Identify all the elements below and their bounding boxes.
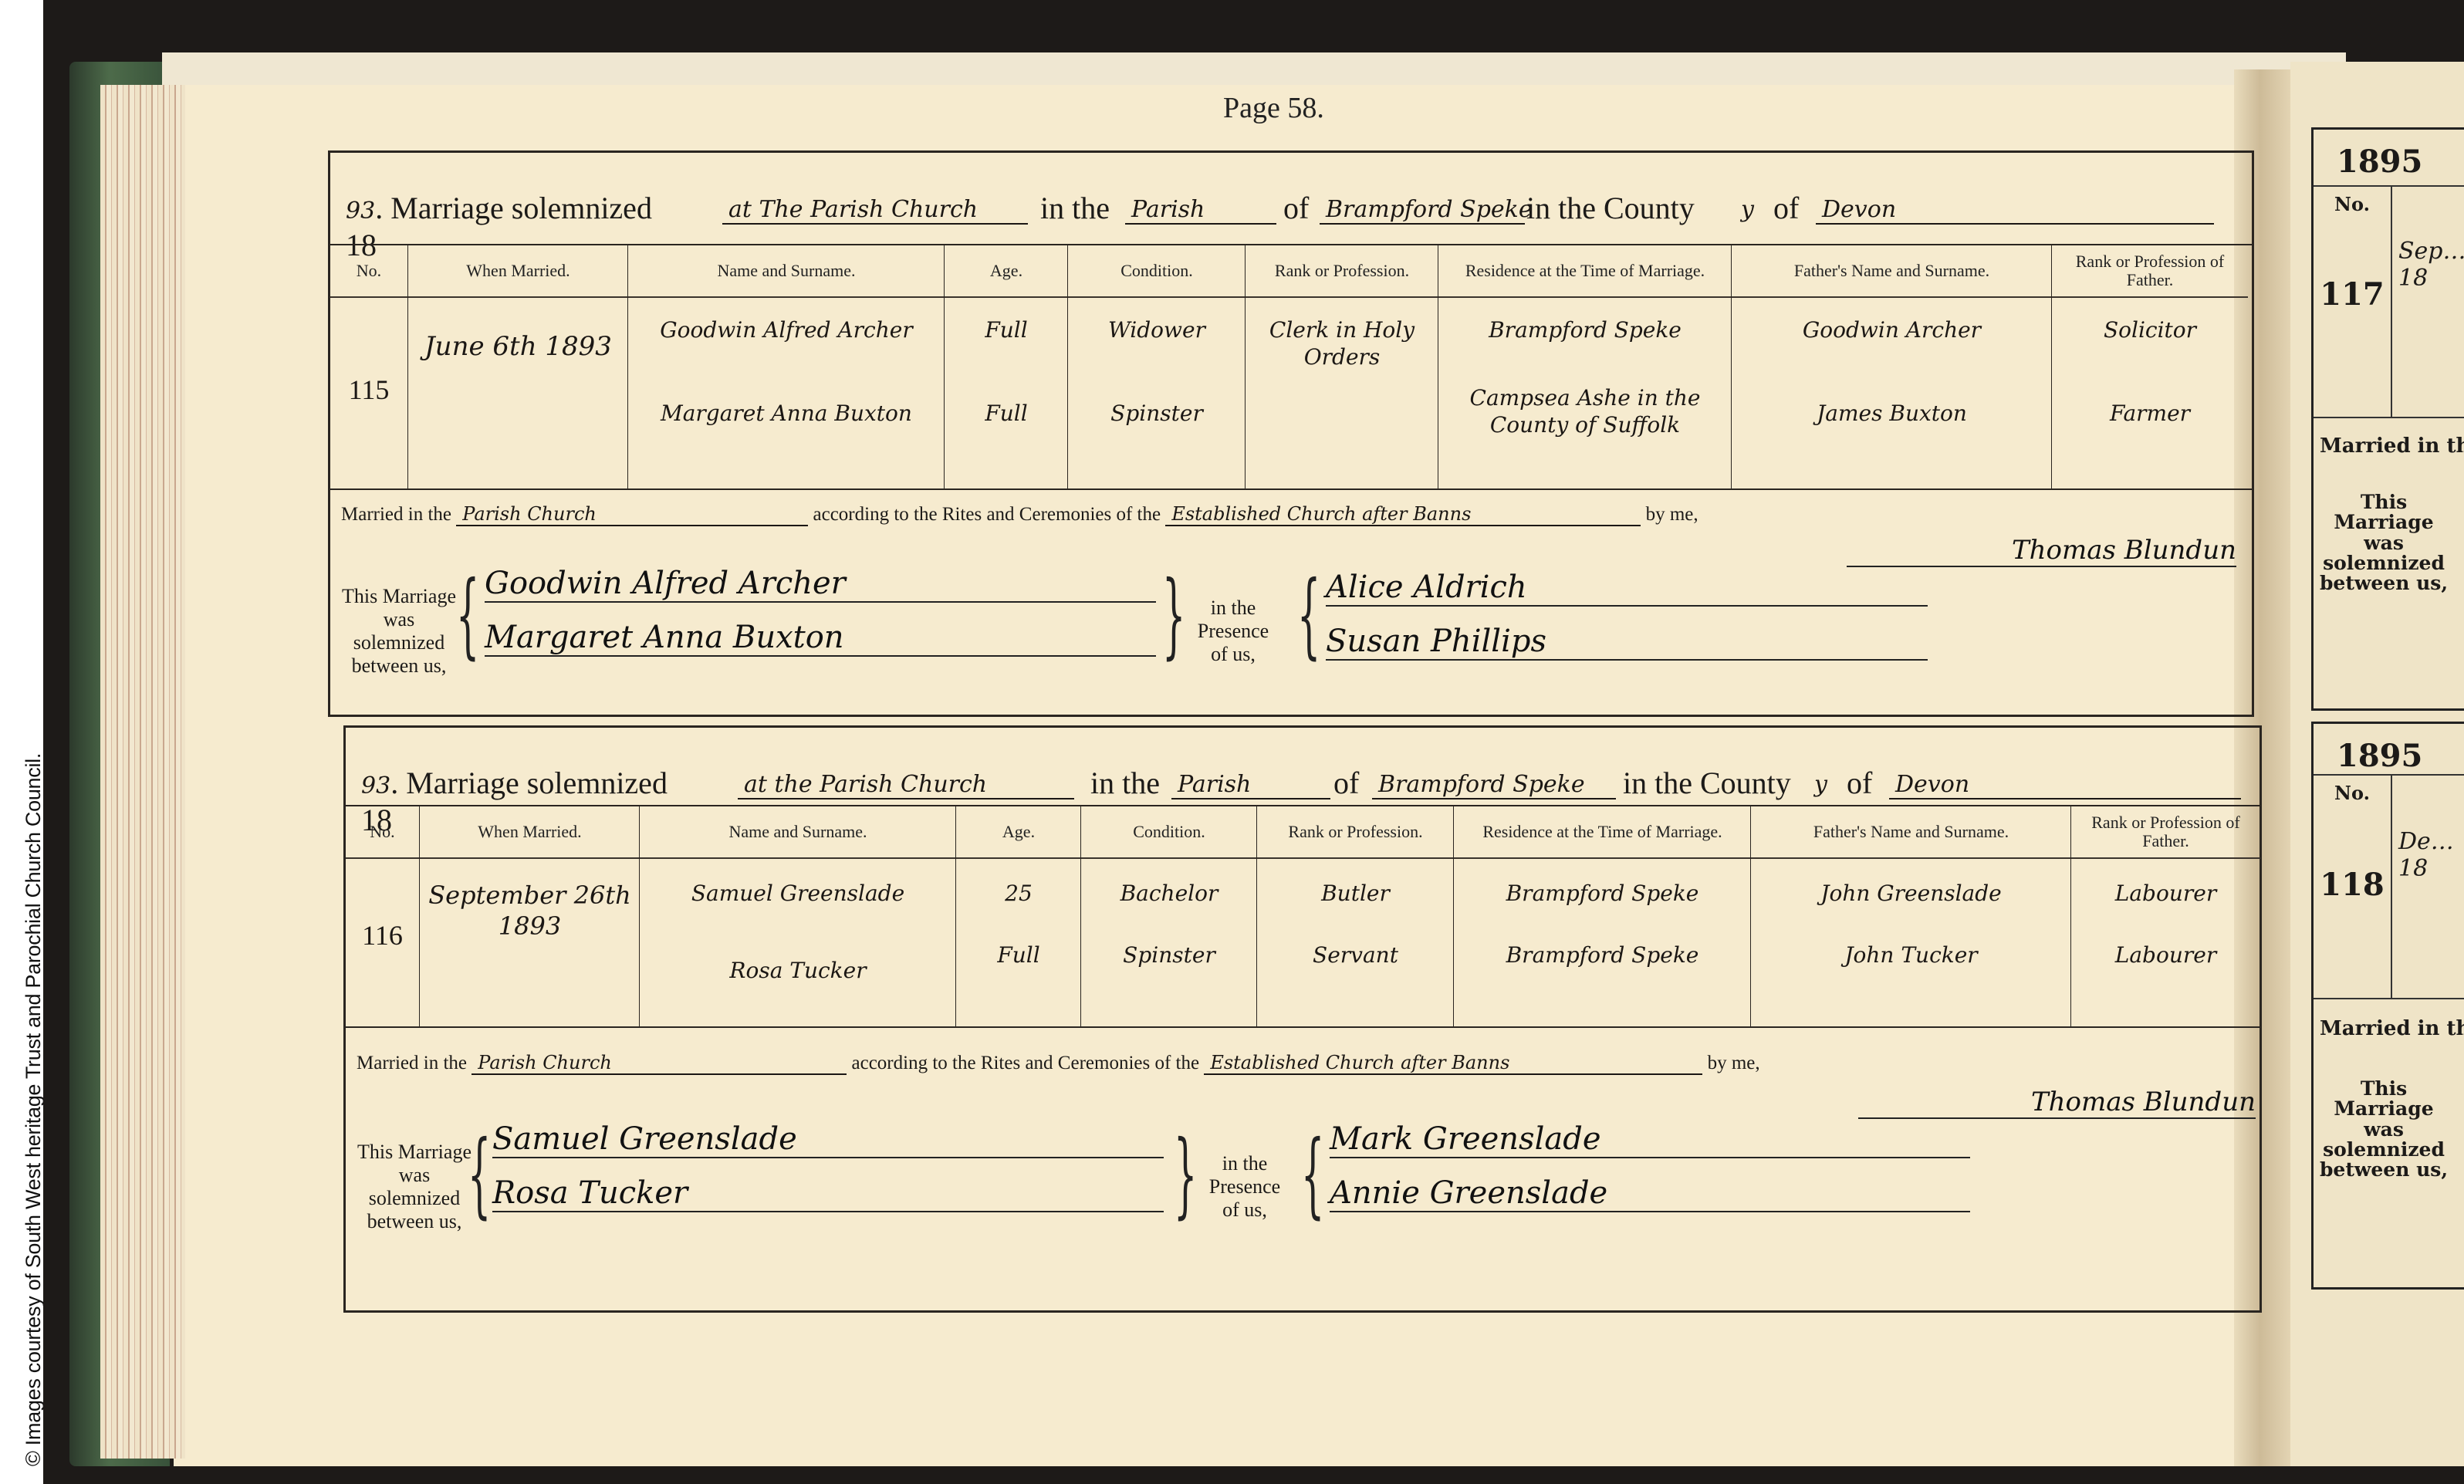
groom-father-profession: Labourer [2076, 880, 2256, 907]
col-no: No.116 [346, 806, 419, 1026]
bride-father: John Tucker [1756, 941, 2067, 968]
bride-signature: Rosa Tucker [492, 1175, 1164, 1212]
label-in-the: in the [1090, 765, 1160, 801]
col-name: Name and Surname. Samuel Greenslade Rosa… [639, 806, 956, 1026]
groom-condition: Bachelor [1086, 880, 1252, 907]
groom-father: John Greenslade [1756, 880, 2067, 907]
right-entry-number: 117 [2314, 276, 2391, 313]
col-father-profession: Rank or Profession of Father. Solicitor … [2051, 245, 2248, 488]
col-father-profession: Rank or Profession of Father. Labourer L… [2070, 806, 2260, 1026]
county: Devon [1816, 196, 2214, 225]
label-in-the: in the [1040, 190, 1110, 226]
solemnized-at: at the Parish Church [738, 771, 1074, 799]
right-entry-117: 1895 No. 117 Sep… 18 Married in the This… [2311, 127, 2464, 711]
label-married-in: Married in the [341, 504, 451, 525]
witness-1-signature: Alice Aldrich [1326, 570, 1928, 607]
col-profession: Rank or Profession. Butler Servant [1256, 806, 1454, 1026]
bride-age: Full [949, 400, 1063, 427]
bride-father-profession: Labourer [2076, 941, 2256, 968]
label-between-us: This Marriage was solemnized between us, [341, 585, 457, 678]
married-in: Parish Church [456, 503, 808, 526]
county-suffix: y [1808, 771, 1834, 798]
parish-place: Brampford Speke [1320, 196, 1525, 225]
col-residence: Residence at the Time of Marriage. Bramp… [1438, 245, 1732, 488]
bride-residence: Campsea Ashe in the County of Suffolk [1443, 384, 1727, 438]
brace-witness: { [1301, 1129, 1325, 1222]
right-married-in: Married in the [2320, 434, 2464, 458]
right-no-header: No. [2314, 193, 2391, 215]
groom-name: Samuel Greenslade [644, 880, 951, 907]
groom-age: Full [949, 316, 1063, 343]
label-of: of [1283, 190, 1309, 226]
county-suffix: y [1735, 196, 1760, 223]
witness-2-signature: Susan Phillips [1326, 624, 1928, 661]
entry-footer: Married in the Parish Church according t… [346, 1033, 2260, 1307]
groom-age: 25 [961, 880, 1077, 907]
right-between-us: This Marriage was solemnized between us, [2318, 1079, 2449, 1180]
right-no-header: No. [2314, 782, 2391, 804]
page-edges [100, 85, 185, 1459]
col-no: No.115 [330, 245, 407, 488]
right-entry-number: 118 [2314, 867, 2391, 903]
label-by-me: by me, [1646, 504, 1698, 525]
groom-residence: Brampford Speke [1443, 316, 1727, 343]
col-father: Father's Name and Surname. Goodwin Arche… [1731, 245, 2052, 488]
label-between-us: This Marriage was solemnized between us, [357, 1141, 472, 1233]
label-according: according to the Rites and Ceremonies of… [852, 1053, 1200, 1073]
credit-strip: © Images courtesy of South West heritage… [0, 0, 43, 1484]
groom-residence: Brampford Speke [1458, 880, 1746, 907]
groom-signature: Goodwin Alfred Archer [485, 566, 1156, 603]
label-presence: in the Presence of us, [1202, 1152, 1287, 1222]
groom-profession: Butler [1262, 880, 1449, 907]
right-year: 1895 [2337, 144, 2422, 180]
label-county: in the County [1526, 190, 1695, 226]
label-of: of [1333, 765, 1359, 801]
copyright-credit: © Images courtesy of South West heritage… [22, 753, 46, 1466]
bride-father-profession: Farmer [2057, 400, 2243, 427]
label-married-in: Married in the [357, 1053, 467, 1073]
col-age: Age. 25 Full [955, 806, 1081, 1026]
married-in: Parish Church [472, 1052, 847, 1075]
col-name: Name and Surname. Goodwin Alfred Archer … [627, 245, 945, 488]
bride-condition: Spinster [1073, 400, 1241, 427]
county: Devon [1889, 771, 2241, 799]
brace-right: } [1174, 1129, 1198, 1222]
rites: Established Church after Banns [1204, 1052, 1702, 1075]
col-father: Father's Name and Surname. John Greensla… [1750, 806, 2071, 1026]
witness-2-signature: Annie Greenslade [1330, 1175, 1970, 1212]
entry-table: No.115 When Married.June 6th 1893 Name a… [330, 244, 2252, 490]
groom-father-profession: Solicitor [2057, 316, 2243, 343]
officiant-signature: Thomas Blundun [1847, 535, 2236, 567]
bride-name: Margaret Anna Buxton [633, 400, 940, 427]
rites: Established Church after Banns [1165, 503, 1641, 526]
col-condition: Condition. Widower Spinster [1067, 245, 1246, 488]
officiant-signature: Thomas Blundun [1858, 1087, 2256, 1119]
col-age: Age. Full Full [944, 245, 1068, 488]
entry-number: 115 [335, 373, 403, 407]
brace-witness: { [1297, 570, 1321, 662]
when-married: June 6th 1893 [413, 330, 624, 363]
groom-condition: Widower [1073, 316, 1241, 343]
right-married-in: Married in the [2320, 1017, 2464, 1040]
bride-condition: Spinster [1086, 941, 1252, 968]
label-county: in the County [1623, 765, 1791, 801]
bride-residence: Brampford Speke [1458, 941, 1746, 968]
entry-number: 116 [350, 918, 414, 953]
right-year: 1895 [2337, 738, 2422, 774]
parish-label: Parish [1125, 196, 1276, 225]
groom-profession: Clerk in Holy Orders [1250, 316, 1434, 370]
parish-place: Brampford Speke [1372, 771, 1616, 799]
right-when-partial: Sep… 18 [2398, 238, 2464, 292]
marriage-entry-115: 1893. Marriage solemnized at The Parish … [328, 150, 2254, 717]
label-presence: in the Presence of us, [1191, 597, 1276, 666]
brace-left: { [468, 1129, 492, 1222]
brace-left: { [456, 570, 480, 662]
marriage-entry-116: 1893. Marriage solemnized at the Parish … [343, 725, 2262, 1313]
col-residence: Residence at the Time of Marriage. Bramp… [1453, 806, 1751, 1026]
col-profession: Rank or Profession. Clerk in Holy Orders [1245, 245, 1438, 488]
brace-right: } [1162, 570, 1186, 662]
label-solemnized: . Marriage solemnized [375, 191, 652, 225]
right-entry-118: 1895 No. 118 De… 18 Married in the This … [2311, 722, 2464, 1290]
right-when-partial: De… 18 [2398, 828, 2464, 882]
label-solemnized: . Marriage solemnized [390, 766, 668, 800]
label-according: according to the Rites and Ceremonies of… [813, 504, 1161, 525]
page-number: Page 58. [1223, 91, 1324, 125]
entry-footer: Married in the Parish Church according t… [330, 492, 2252, 712]
label-by-me: by me, [1708, 1053, 1760, 1073]
col-when: When Married.June 6th 1893 [407, 245, 628, 488]
parish-label: Parish [1171, 771, 1330, 799]
bride-name: Rosa Tucker [644, 957, 951, 984]
bride-age: Full [961, 941, 1077, 968]
right-between-us: This Marriage was solemnized between us, [2318, 492, 2449, 593]
year-written: 93 [361, 772, 390, 799]
entry-heading: 1893. Marriage solemnized at The Parish … [346, 153, 2252, 244]
label-of-county: of [1773, 190, 1799, 226]
witness-1-signature: Mark Greenslade [1330, 1121, 1970, 1158]
label-of-county: of [1847, 765, 1872, 801]
entry-table: No.116 When Married.September 26th 1893 … [346, 805, 2260, 1028]
col-condition: Condition. Bachelor Spinster [1080, 806, 1257, 1026]
year-written: 93 [346, 198, 375, 225]
when-married: September 26th 1893 [424, 880, 635, 941]
bride-signature: Margaret Anna Buxton [485, 620, 1156, 657]
bride-profession: Servant [1262, 941, 1449, 968]
bride-father: James Buxton [1736, 400, 2047, 427]
groom-father: Goodwin Archer [1736, 316, 2047, 343]
solemnized-at: at The Parish Church [722, 196, 1028, 225]
groom-name: Goodwin Alfred Archer [633, 316, 940, 343]
groom-signature: Samuel Greenslade [492, 1121, 1164, 1158]
col-when: When Married.September 26th 1893 [419, 806, 640, 1026]
